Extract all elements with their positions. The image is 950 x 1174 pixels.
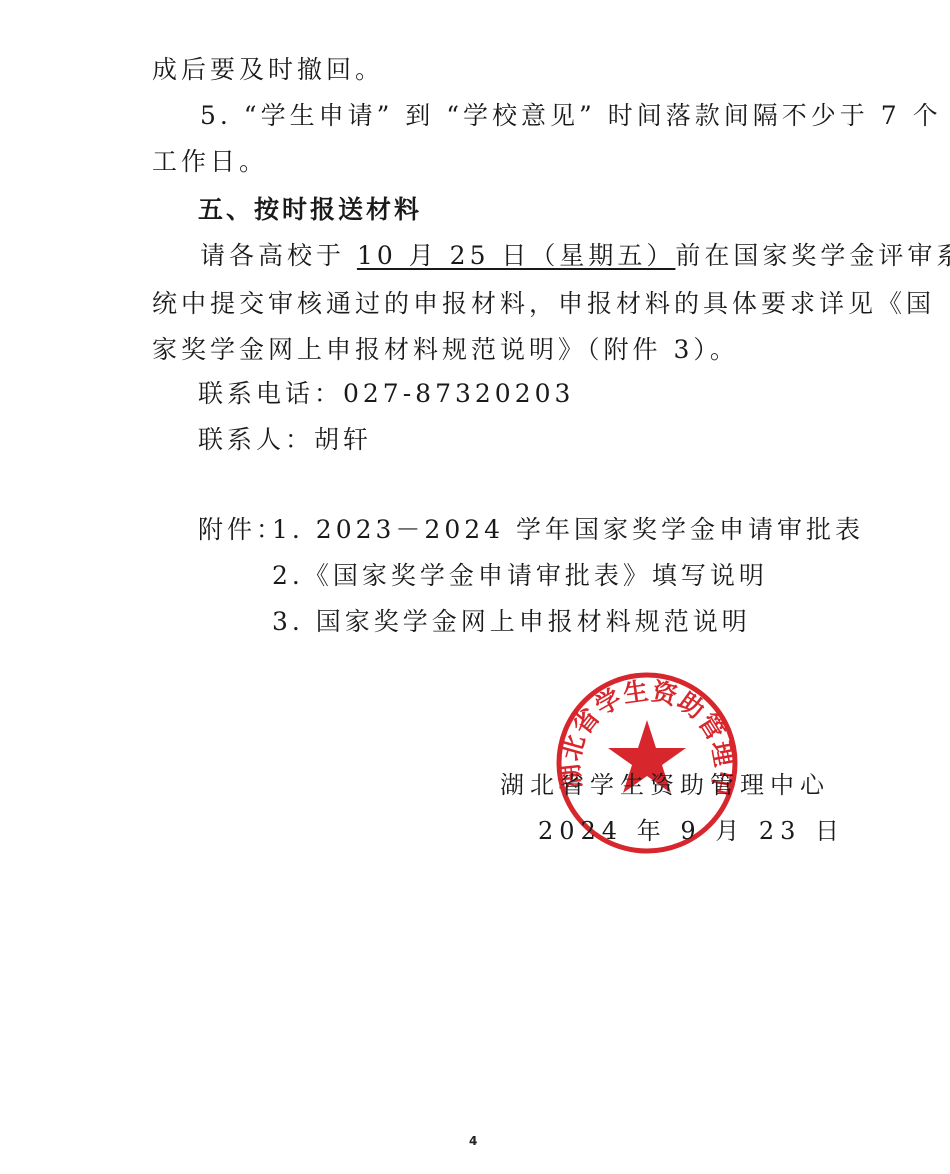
paragraph-text: 成后要及时撤回。: [152, 54, 384, 86]
attachment-item: 2.《国家奖学金申请审批表》填写说明: [272, 560, 768, 592]
attachment-item: 1. 2023－2024 学年国家奖学金申请审批表: [272, 514, 864, 546]
list-item-5-cont: 工作日。: [152, 146, 268, 178]
contact-phone: 联系电话：027-87320203: [198, 378, 574, 410]
paragraph-text: 统中提交审核通过的申报材料，申报材料的具体要求详见《国: [152, 288, 935, 320]
paragraph-text: 家奖学金网上申报材料规范说明》（附件 3）。: [152, 334, 739, 366]
deadline-date: 10 月 25 日（星期五）: [357, 241, 675, 270]
signature-organization: 湖北省学生资助管理中心: [500, 770, 830, 800]
submit-prefix: 请各高校于: [200, 241, 357, 270]
attachment-item: 3. 国家奖学金网上申报材料规范说明: [272, 606, 751, 638]
signature-date: 2024 年 9 月 23 日: [538, 816, 845, 846]
contact-person: 联系人：胡轩: [198, 424, 372, 456]
list-item-5: 5. “学生申请” 到 “学校意见” 时间落款间隔不少于 7 个: [200, 100, 942, 132]
submit-suffix: 前在国家奖学金评审系: [675, 241, 950, 270]
page-number: 4: [469, 1134, 477, 1148]
paragraph-text: 请各高校于 10 月 25 日（星期五）前在国家奖学金评审系: [200, 240, 950, 272]
section-heading: 五、按时报送材料: [198, 194, 422, 226]
